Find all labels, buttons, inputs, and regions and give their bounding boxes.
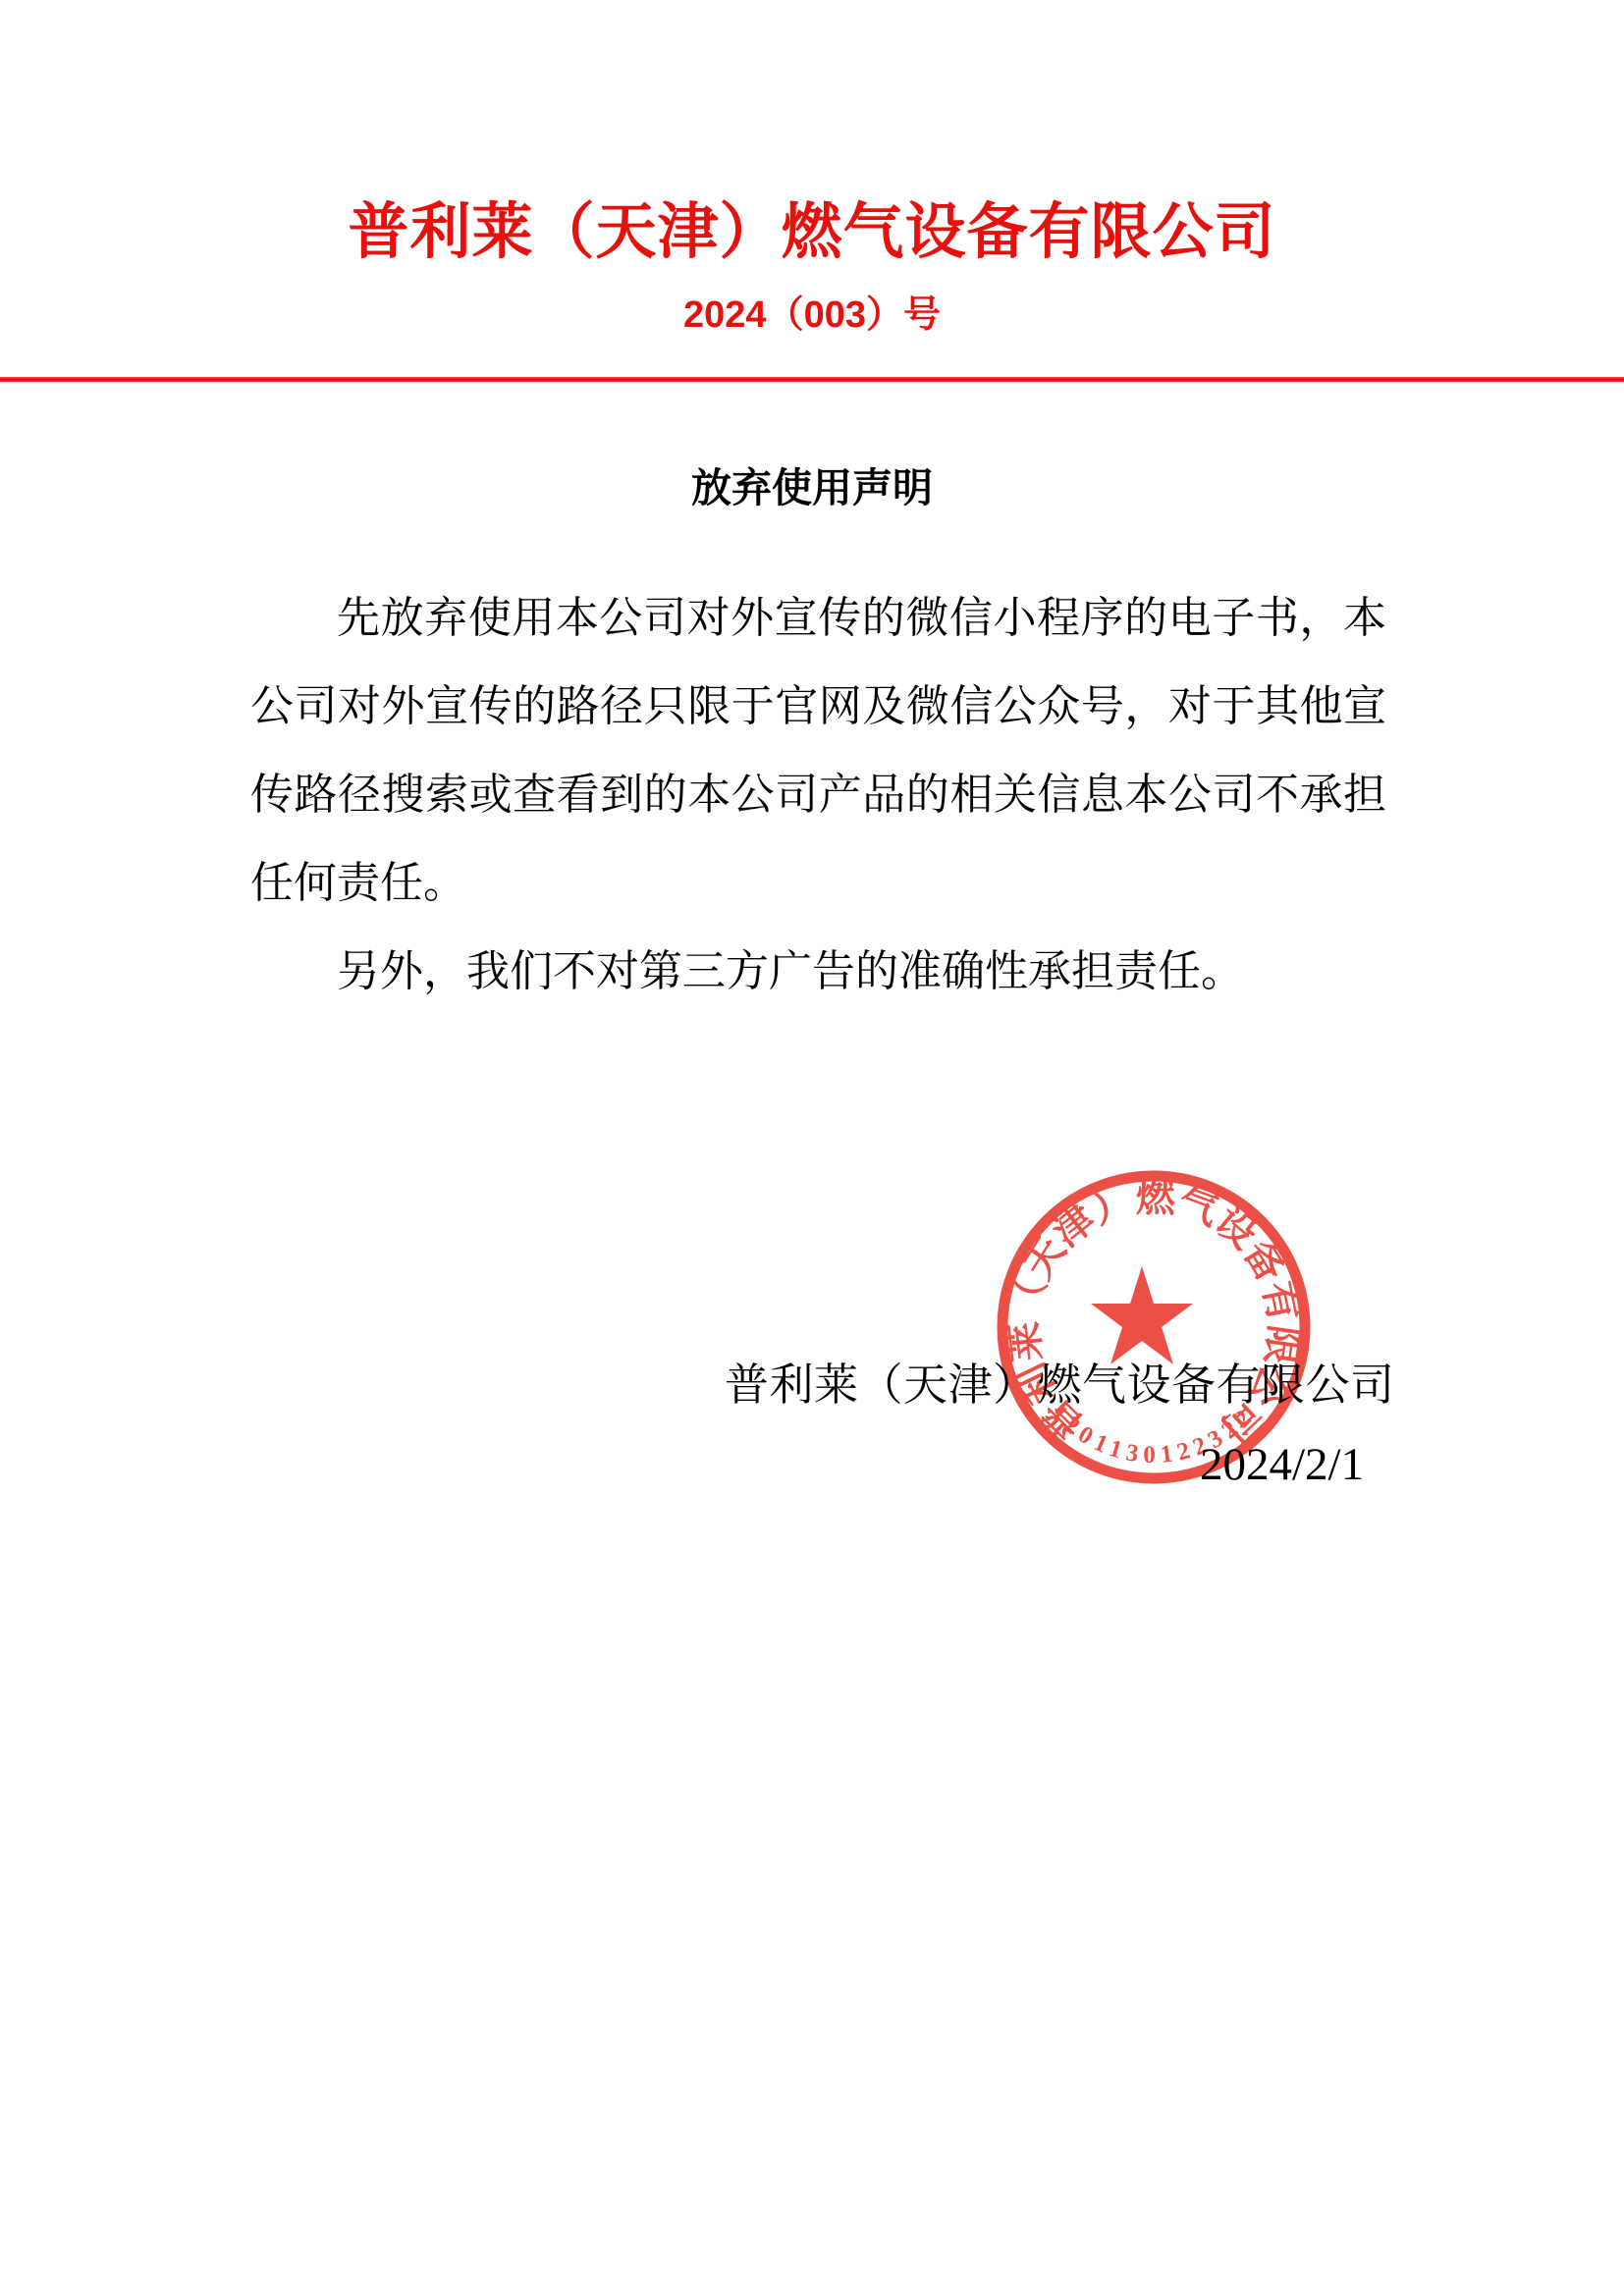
document-page: 普利莱（天津）燃气设备有限公司 2024（003）号 放弃使用声明 先放弃使用本… <box>0 0 1624 2296</box>
statement-heading: 放弃使用声明 <box>0 464 1624 511</box>
company-title: 普利莱（天津）燃气设备有限公司 <box>0 196 1624 269</box>
statement-paragraph-2: 另外，我们不对第三方广告的准确性承担责任。 <box>250 928 1386 1016</box>
company-seal-stamp: 普利莱（天津）燃气设备有限公司 1201130122322 <box>987 1160 1321 1494</box>
red-divider-line <box>0 377 1624 382</box>
statement-body: 先放弃使用本公司对外宣传的微信小程序的电子书，本公司对外宣传的路径只限于官网及微… <box>250 574 1386 1016</box>
statement-paragraph-1: 先放弃使用本公司对外宣传的微信小程序的电子书，本公司对外宣传的路径只限于官网及微… <box>250 574 1386 928</box>
seal-star-icon <box>1091 1266 1193 1364</box>
doc-number: 2024（003）号 <box>0 292 1624 339</box>
